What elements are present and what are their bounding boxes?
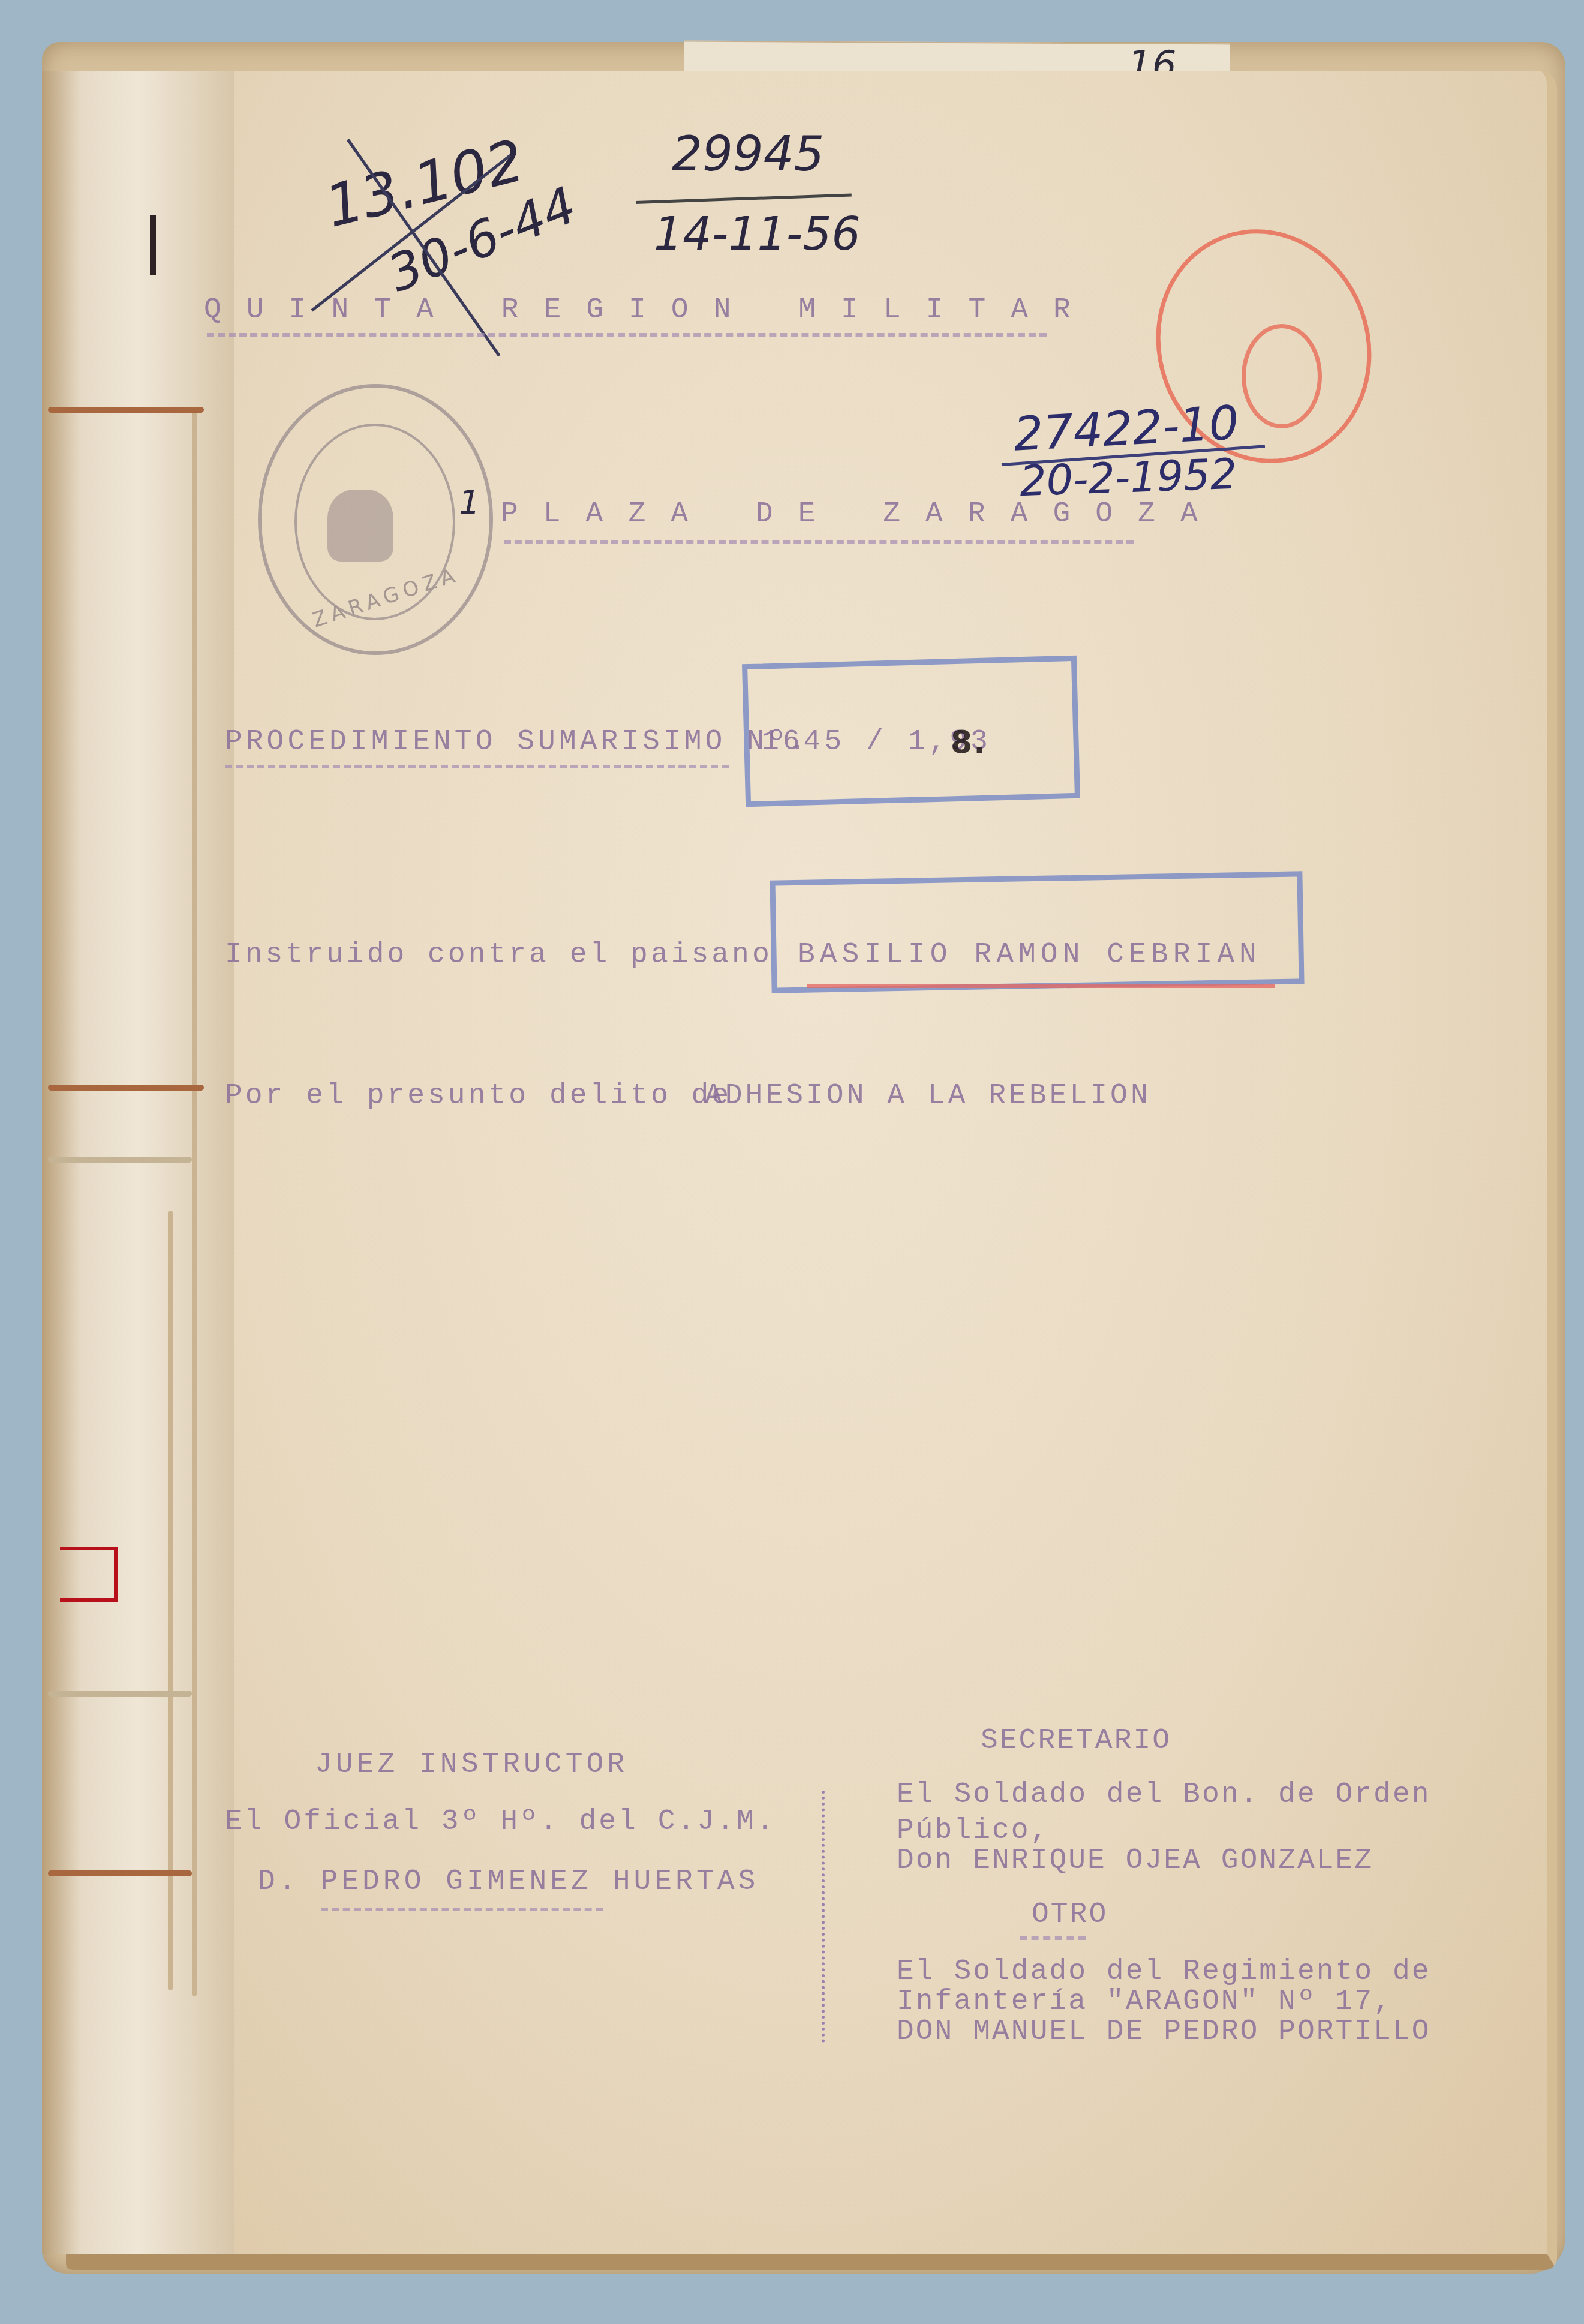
binding-cord	[48, 1691, 192, 1697]
accused-name: BASILIO RAMON CEBRIAN	[798, 939, 1261, 971]
secretary-name: Don ENRIQUE OJEA GONZALEZ	[897, 1845, 1373, 1877]
stamp-page-mark: 1	[459, 483, 480, 522]
procedure-label: PROCEDIMIENTO SUMARISIMO Nº.	[225, 726, 810, 758]
secretary-line-2: Público,	[897, 1815, 1049, 1847]
secretary-line-1: El Soldado del Bon. de Orden	[897, 1779, 1431, 1811]
binding-cord	[48, 407, 204, 413]
accused-label: Instruido contra el paisano	[225, 939, 773, 971]
procedure-year-digit: 8.	[951, 725, 987, 761]
other-title: OTRO	[1032, 1899, 1108, 1931]
red-pencil-loop	[1242, 324, 1322, 428]
official-seal-stamp: ZARAGOZA	[258, 384, 493, 655]
bound-spine	[42, 71, 234, 2254]
red-pencil-underline	[807, 984, 1275, 988]
spine-mark	[150, 215, 156, 275]
other-underline	[1020, 1936, 1086, 1940]
military-region-heading: QUINTA REGION MILITAR	[204, 294, 1096, 326]
red-margin-mark	[60, 1547, 118, 1602]
procedure-underline	[225, 765, 729, 768]
other-line-1: El Soldado del Regimiento de	[897, 1956, 1431, 1988]
charge-crime: ADHESION A LA REBELION	[705, 1080, 1151, 1112]
other-name: DON MANUEL DE PEDRO PORTILLO	[897, 2016, 1431, 2048]
binding-cord	[48, 1085, 204, 1091]
binding-cord	[48, 1157, 192, 1163]
handwritten-reference: 29945	[672, 126, 825, 182]
judge-title: JUEZ INSTRUCTOR	[315, 1749, 628, 1781]
judge-name: D. PEDRO GIMENEZ HUERTAS	[258, 1866, 759, 1898]
plaza-heading: PLAZA DE ZARAGOZA	[501, 498, 1223, 530]
binding-cord	[192, 407, 197, 1996]
binding-cord	[48, 1870, 192, 1876]
blue-pencil-box-accused	[770, 871, 1304, 993]
plaza-underline	[504, 540, 1134, 544]
charge-label: Por el presunto delito de	[225, 1080, 732, 1112]
judge-rank: El Oficial 3º Hº. del C.J.M.	[225, 1806, 776, 1838]
heading-underline	[207, 333, 1047, 337]
eagle-emblem-icon	[327, 490, 393, 562]
handwritten-date: 14-11-56	[654, 207, 861, 260]
column-separator	[822, 1791, 825, 2043]
judge-underline	[321, 1908, 603, 1911]
secretary-title: SECRETARIO	[981, 1725, 1171, 1757]
other-line-2: Infantería "ARAGON" Nº 17,	[897, 1986, 1393, 2018]
